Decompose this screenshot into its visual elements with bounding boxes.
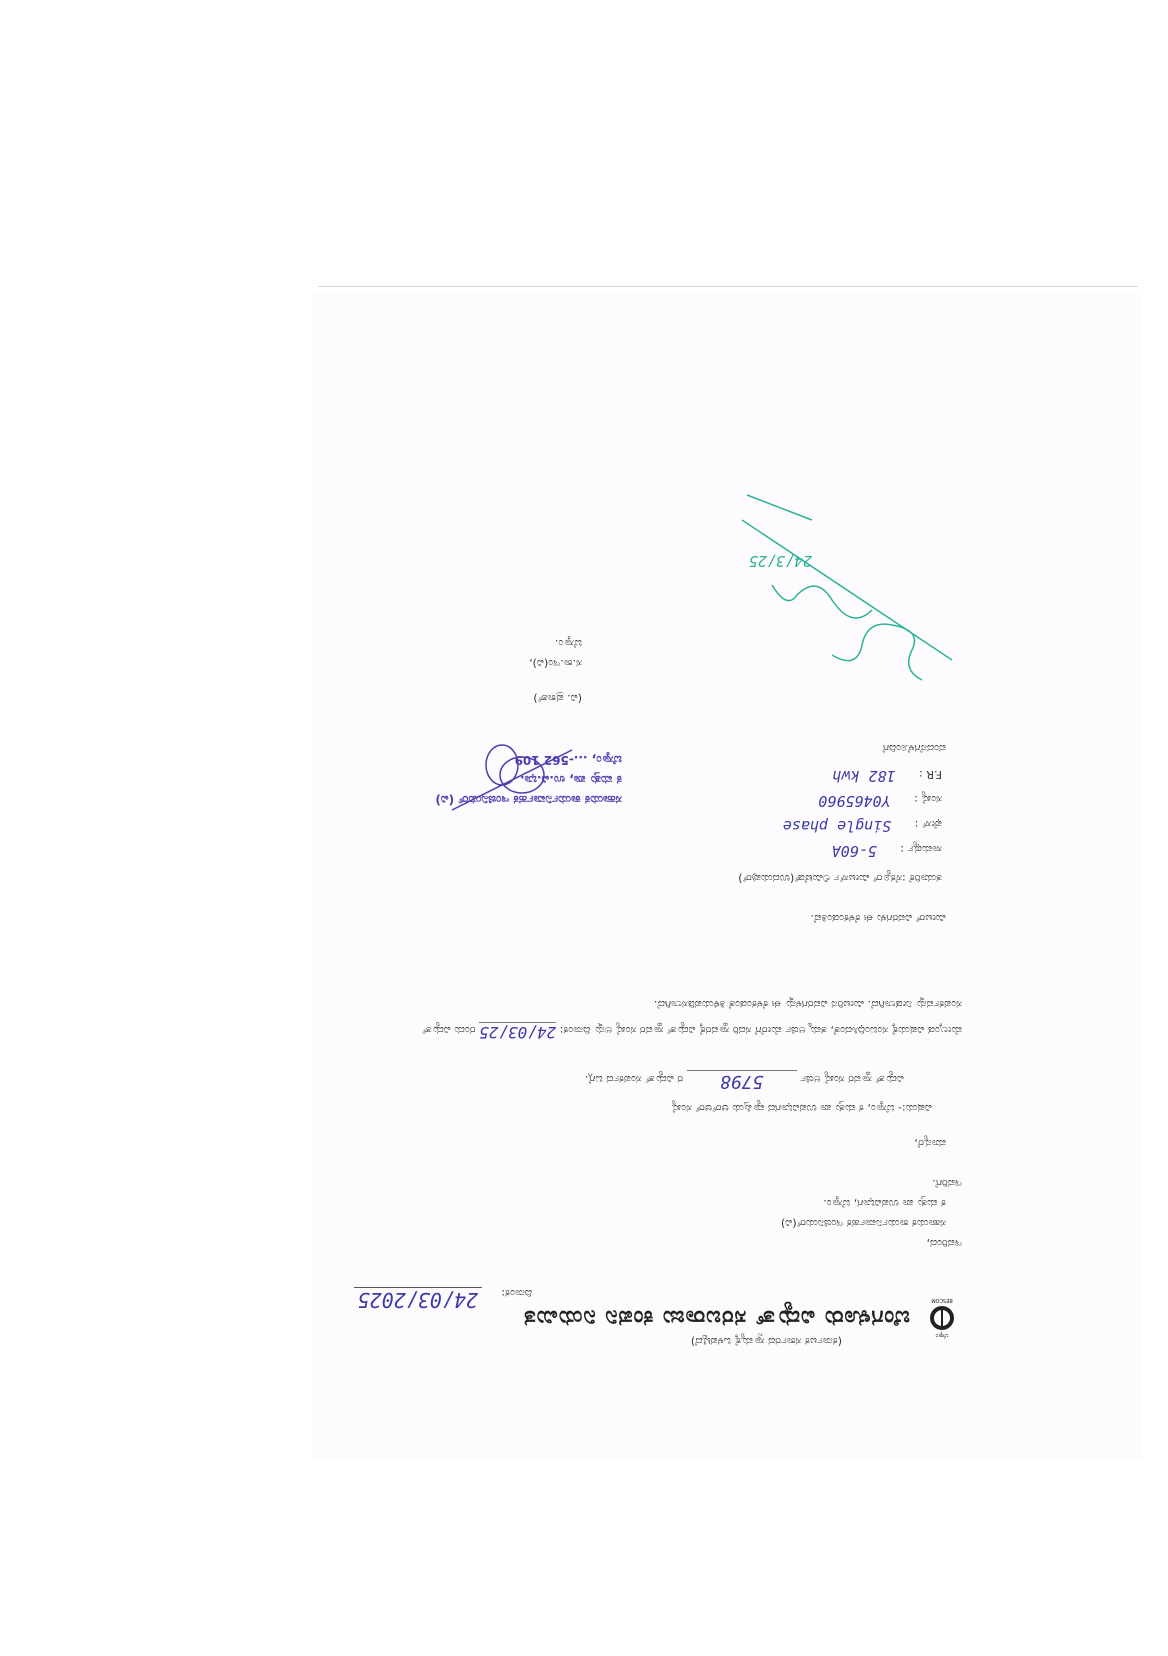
green-annotation-date: 24/3/25 bbox=[749, 552, 812, 570]
company-name: ಬೆಂಗಳೂರು ವಿದ್ಯುತ್ ಸರಬರಾಜು ಕಂಪನಿ ನಿಯಮಿತ bbox=[523, 1305, 910, 1330]
signatory-designation: ಸ.ಕಾ.ಇಂ(ವಿ), bbox=[529, 656, 582, 670]
meter-phase-label: ಫೇಸ್ bbox=[922, 818, 942, 831]
body-part1: ಮೇಲ್ಕಂಡ ವಿಷಯಕ್ಕೆ ಸಂಬಂಧಿಸಿದಂತೆ, ತಮ್ಮ ಅರ್ಜ… bbox=[616, 1024, 962, 1037]
meter-reading-label: F.R bbox=[926, 768, 942, 781]
scan-edge bbox=[318, 286, 1138, 287]
meter-reading-value: 182 kwh bbox=[832, 767, 895, 785]
date-value: 24/03/2025 bbox=[354, 1287, 482, 1312]
meter-rating-value: 5-60A bbox=[832, 842, 877, 860]
regards: ವಂದನೆಗಳೊಂದಿಗೆ bbox=[883, 741, 946, 755]
meter-phase: ಫೇಸ್ : Single phase bbox=[783, 817, 942, 835]
addressee-line2: ಕ ಮತ್ತು ಪಾ ಉಪವಿಭಾಗ, ಬೆಸ್ಕಾಂ. bbox=[823, 1196, 946, 1210]
subject-line1: ವಿಷಯ:- ಬೆಸ್ಕಾಂ, ಕ ಮತ್ತು ಪಾ ಉಪವಿಭಾಗದ ವ್ಯಾ… bbox=[671, 1101, 932, 1115]
svg-text:ಬೆಸ್ಕಾಂ: ಬೆಸ್ಕಾಂ bbox=[935, 1332, 948, 1339]
date-label: ದಿನಾಂಕ: bbox=[501, 1286, 532, 1300]
meter-intro: ಮೀಟರ್ ವಿವರಗಳು ಈ ಕೆಳಕಂಡಂತಿವೆ. bbox=[810, 911, 946, 925]
meter-make-label: ತಯಾರಿಕೆ bbox=[909, 872, 942, 885]
meter-rating-label: ಸಾಮರ್ಥ್ಯ bbox=[907, 843, 942, 856]
meter-make-value: :ಸೆಕ್ಯೂರ್ ಮೀಟರ್ಸ್ ಲಿಮಿಟೆಡ್(ಉದಯಪುರ್) bbox=[738, 872, 906, 885]
subject-line2: ವಿದ್ಯುತ್ ಸ್ಥಾವರ ಸಂಖ್ಯೆ ಅರ್ಜಿ 5798 ರ ವಿದ್… bbox=[585, 1070, 904, 1092]
company-subtitle: (ಕರ್ನಾಟಕ ಸರ್ಕಾರದ ಸ್ವಾಮ್ಯಕ್ಕೆ ಒಳಪಟ್ಟಿದೆ) bbox=[691, 1334, 842, 1348]
connection-date: 24/03/25 bbox=[479, 1022, 556, 1042]
application-number: 5798 bbox=[687, 1070, 797, 1092]
meter-phase-value: Single phase bbox=[783, 817, 891, 835]
meter-rating: ಸಾಮರ್ಥ್ಯ : 5-60A bbox=[832, 842, 942, 860]
meter-serial-label: ಸಂಖ್ಯೆ bbox=[921, 793, 942, 806]
subject-text-a: ವಿದ್ಯುತ್ ಸ್ಥಾವರ ಸಂಖ್ಯೆ ಅರ್ಜಿ bbox=[800, 1073, 904, 1086]
signatory-name: (ವಿ. ಪ್ರಕಾಶ್) bbox=[533, 691, 582, 705]
addressee-from: ಇವರಿಂದ, bbox=[927, 1236, 963, 1250]
meter-make: ತಯಾರಿಕೆ :ಸೆಕ್ಯೂರ್ ಮೀಟರ್ಸ್ ಲಿಮಿಟೆಡ್(ಉದಯಪು… bbox=[738, 871, 942, 885]
meter-serial: ಸಂಖ್ಯೆ : Y0465960 bbox=[818, 792, 942, 810]
meter-reading: F.R : 182 kwh bbox=[832, 767, 942, 785]
addressee-line3: ಇವರಿಗೆ. bbox=[932, 1176, 962, 1190]
green-signature-icon bbox=[722, 460, 962, 700]
greeting: ಮಾನ್ಯರೆ, bbox=[914, 1136, 946, 1150]
svg-text:BESCOM: BESCOM bbox=[931, 1298, 953, 1303]
letter-page: ಬೆಸ್ಕಾಂ BESCOM ಬೆಂಗಳೂರು ವಿದ್ಯುತ್ ಸರಬರಾಜು… bbox=[312, 290, 1142, 1460]
addressee-line1: ಸಹಾಯಕ ಕಾರ್ಯನಿರ್ವಾಹಕ ಇಂಜಿನಿಯರ್(ವಿ) bbox=[781, 1216, 946, 1230]
body-part2: ಅನ್ನು ದಿನಾಂಕ: bbox=[560, 1024, 612, 1037]
signatory-place: ಬೆಸ್ಕಾಂ. bbox=[555, 636, 582, 650]
ink-signature-icon bbox=[432, 730, 582, 820]
subject-text-b: ರ ವಿದ್ಯುತ್ ಸಂಪರ್ಕದ ಬಗ್ಗೆ. bbox=[585, 1073, 683, 1086]
meter-serial-value: Y0465960 bbox=[818, 792, 890, 810]
bescom-logo-icon: ಬೆಸ್ಕಾಂ BESCOM bbox=[920, 1298, 964, 1342]
body-paragraph: ಮೇಲ್ಕಂಡ ವಿಷಯಕ್ಕೆ ಸಂಬಂಧಿಸಿದಂತೆ, ತಮ್ಮ ಅರ್ಜ… bbox=[402, 991, 962, 1045]
